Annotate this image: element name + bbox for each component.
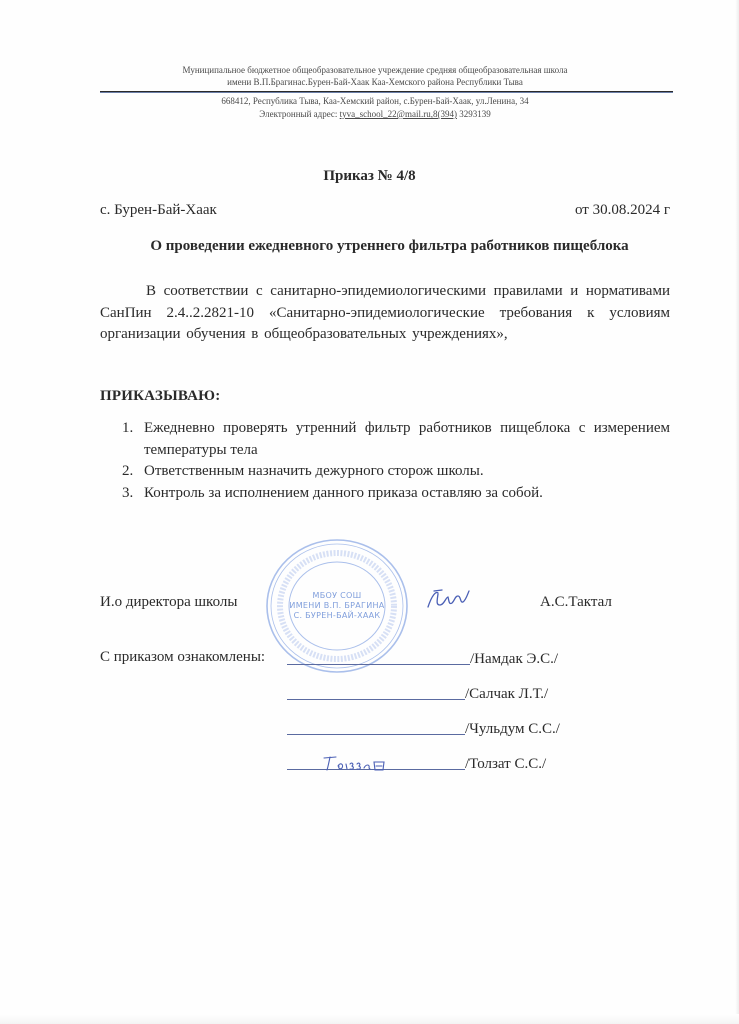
stamp-line-2: ИМЕНИ В.П. БРАГИНА — [262, 601, 412, 611]
signature-line — [287, 734, 465, 735]
order-item-text: Ответственным назначить дежурного сторож… — [144, 463, 484, 479]
acknowledged-name: /Толзат С.С./ — [465, 756, 546, 773]
email-label: Электронный адрес: — [259, 109, 339, 119]
director-name: А.С.Тактал — [540, 594, 612, 611]
signature-line — [287, 664, 470, 665]
document-page: Муниципальное бюджетное общеобразователь… — [0, 0, 739, 1024]
stamp-text: МБОУ СОШ ИМЕНИ В.П. БРАГИНА С. БУРЕН-БАЙ… — [262, 591, 412, 621]
email-link[interactable]: tyva_school_22@mail.ru,8(394) — [340, 109, 457, 119]
order-item: 2. Ответственным назначить дежурного сто… — [100, 461, 670, 483]
handwritten-signature-icon — [422, 585, 472, 615]
acknowledgement-row: /Чульдум С.С./ — [287, 718, 560, 738]
letterhead: Муниципальное бюджетное общеобразователь… — [100, 64, 650, 88]
acknowledged-name: /Салчак Л.Т./ — [465, 686, 548, 703]
acknowledgement-label: С приказом ознакомлены: — [100, 649, 265, 666]
scan-bottom-edge — [0, 1014, 739, 1024]
order-date: от 30.08.2024 г — [575, 202, 670, 219]
order-item: 3. Контроль за исполнением данного прика… — [100, 483, 670, 505]
order-item-text: Ежедневно проверять утренний фильтр рабо… — [144, 420, 670, 458]
order-item-number: 1. — [122, 418, 133, 440]
acknowledged-name: /Чульдум С.С./ — [465, 721, 560, 738]
acknowledgement-row: /Салчак Л.Т./ — [287, 683, 548, 703]
letterhead-divider — [100, 91, 673, 93]
order-item-number: 2. — [122, 461, 133, 483]
acknowledgement-row: /Намдак Э.С./ — [287, 648, 558, 668]
signature-line — [287, 699, 465, 700]
stamp-line-3: С. БУРЕН-БАЙ-ХААК — [262, 611, 412, 621]
order-preamble: В соответствии с санитарно-эпидемиологич… — [100, 281, 670, 346]
director-role: И.о директора школы — [100, 594, 237, 611]
order-directive-heading: ПРИКАЗЫВАЮ: — [100, 388, 220, 405]
handwritten-initials-icon — [320, 752, 390, 774]
contact-block: 668412, Республика Тыва, Каа-Хемский рай… — [100, 95, 650, 121]
stamp-line-1: МБОУ СОШ — [262, 591, 412, 601]
scan-edge — [735, 0, 739, 1024]
postal-address: 668412, Республика Тыва, Каа-Хемский рай… — [100, 95, 650, 108]
order-item: 1. Ежедневно проверять утренний фильтр р… — [100, 418, 670, 461]
email-line: Электронный адрес: tyva_school_22@mail.r… — [100, 108, 650, 121]
order-item-number: 3. — [122, 483, 133, 505]
org-name-line-1: Муниципальное бюджетное общеобразователь… — [100, 64, 650, 76]
order-item-text: Контроль за исполнением данного приказа … — [144, 485, 543, 501]
phone-number: 3293139 — [457, 109, 491, 119]
order-subject: О проведении ежедневного утреннего фильт… — [0, 238, 739, 255]
acknowledged-name: /Намдак Э.С./ — [470, 651, 558, 668]
order-items-list: 1. Ежедневно проверять утренний фильтр р… — [100, 418, 670, 504]
order-place: с. Бурен-Бай-Хаак — [100, 202, 217, 219]
order-title: Приказ № 4/8 — [0, 168, 739, 185]
org-name-line-2: имени В.П.Брагинас.Бурен-Бай-Хаак Каа-Хе… — [100, 76, 650, 88]
